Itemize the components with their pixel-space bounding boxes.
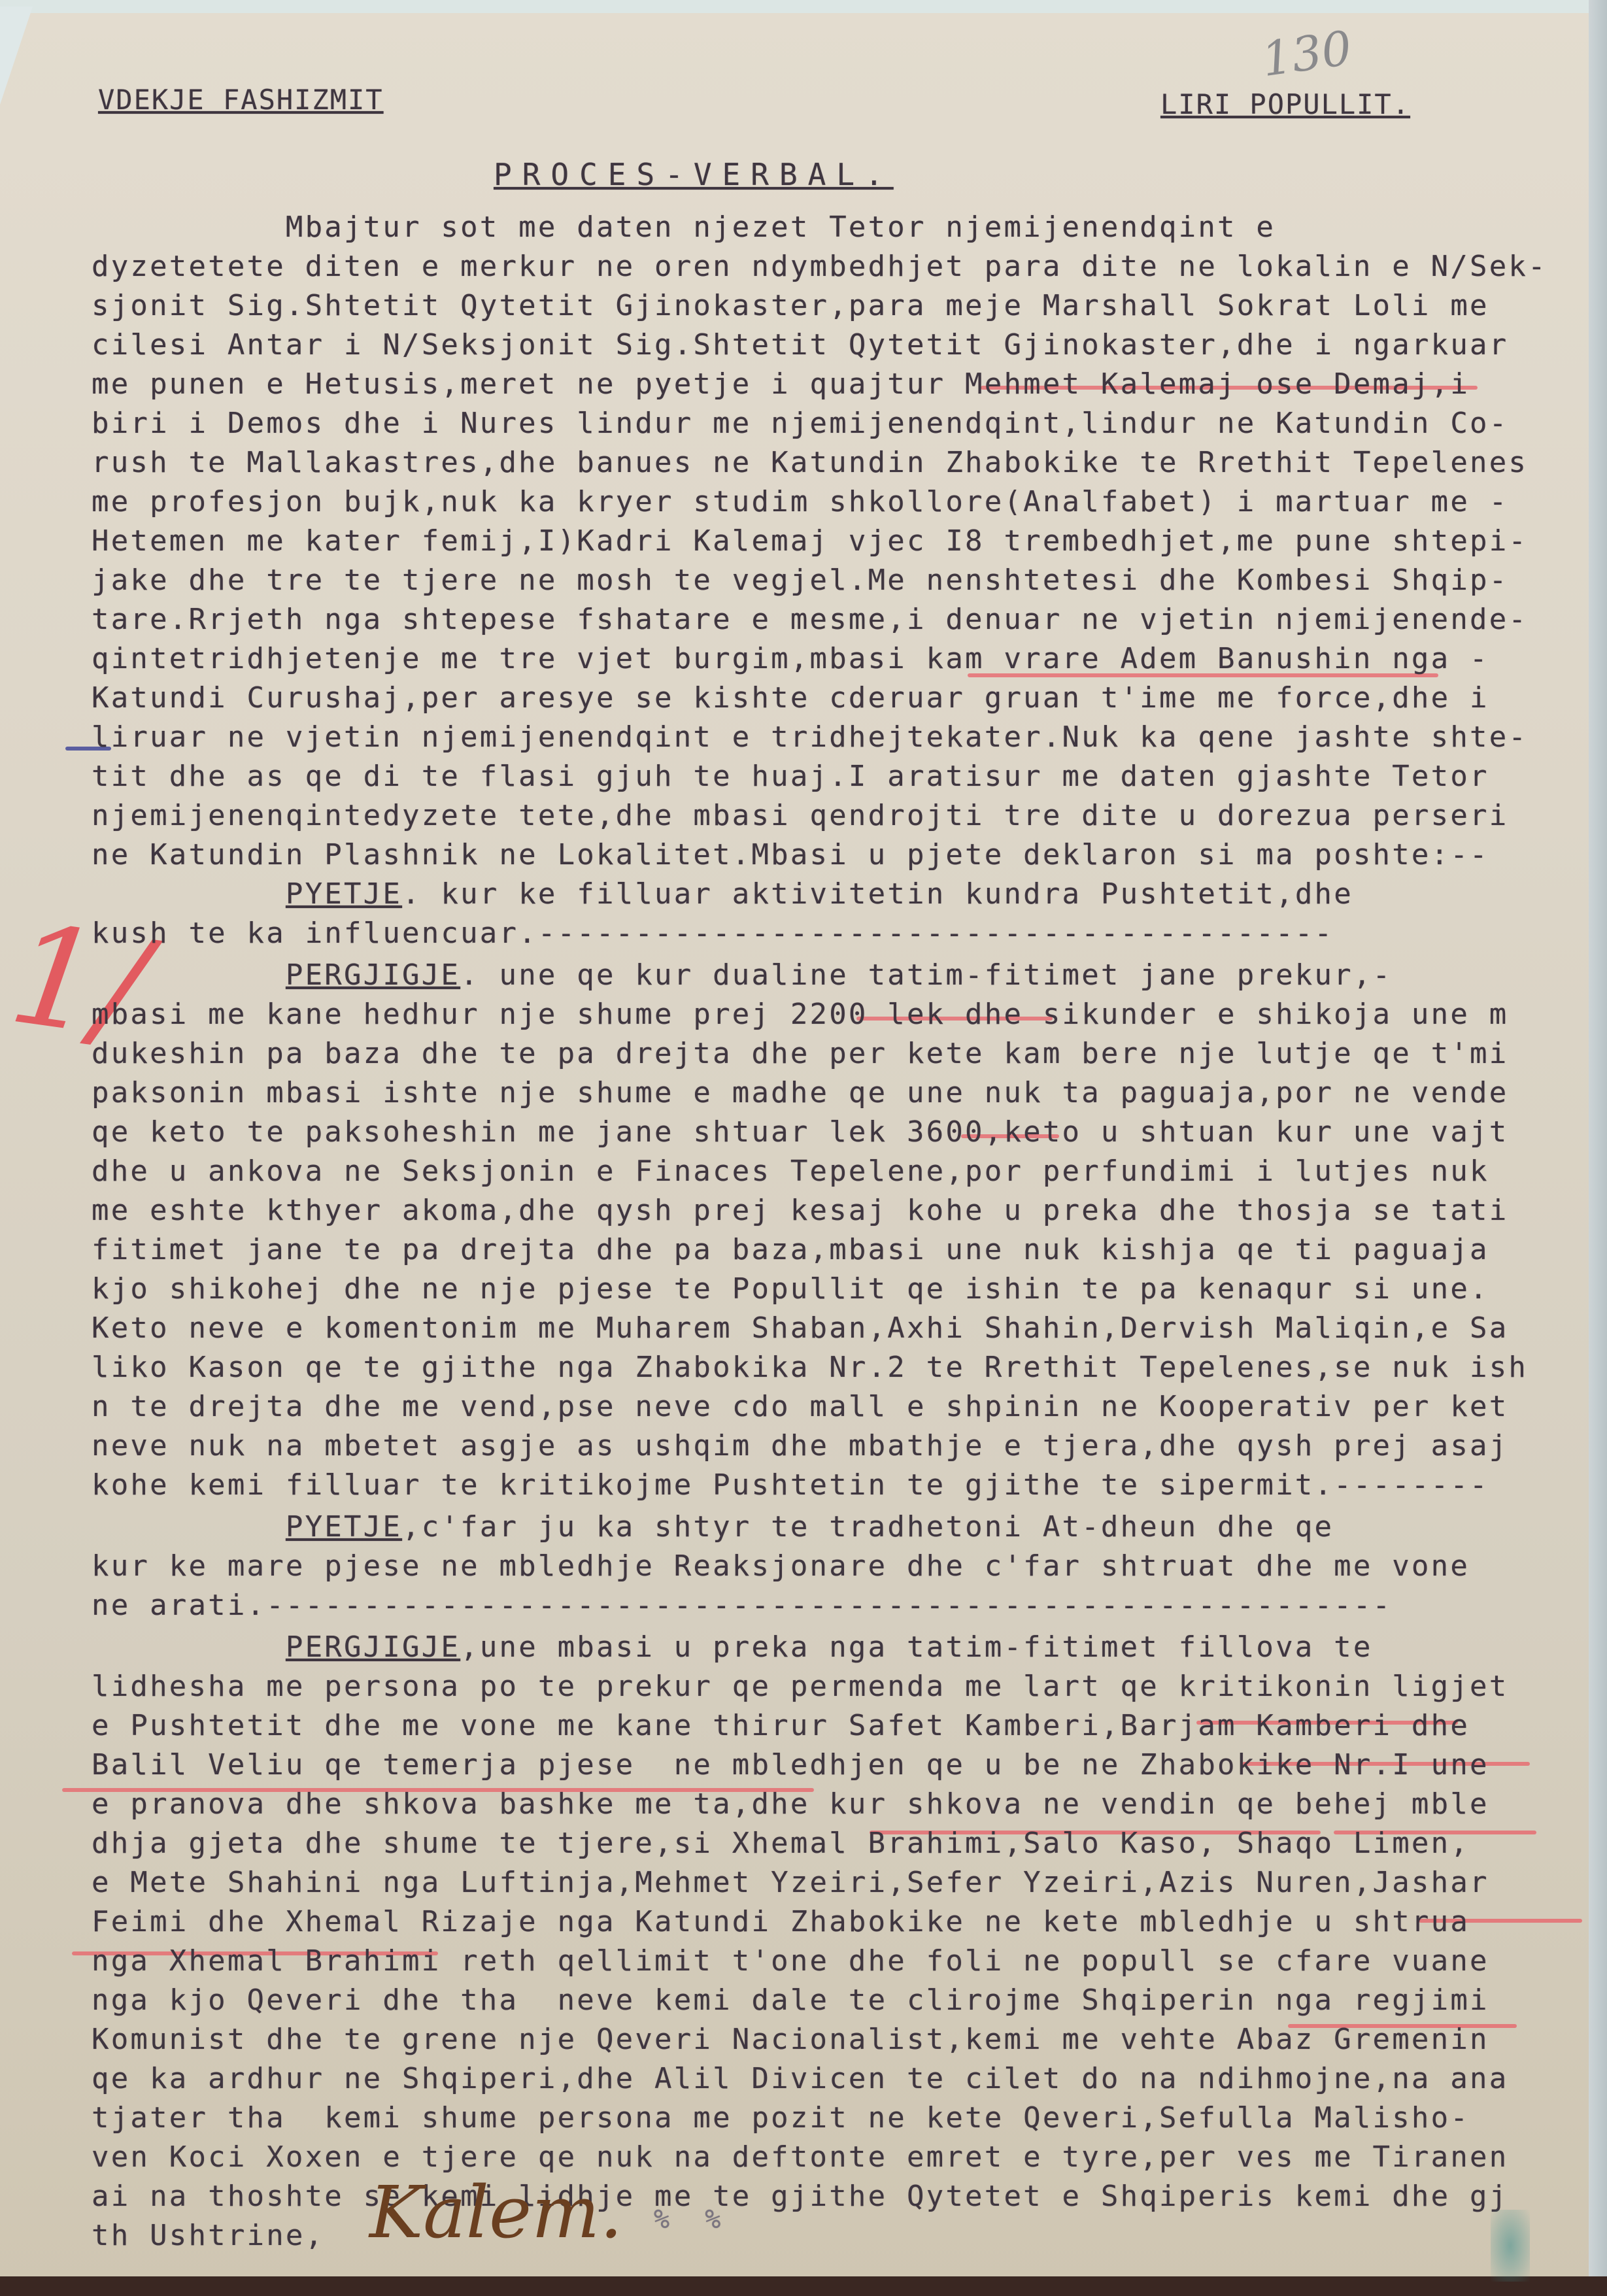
text-line: Keto neve e komentonim me Muharem Shaban…	[92, 1309, 1595, 1348]
answer-label: PERGJIGJE	[286, 958, 460, 992]
text-line: kush te ka influencuar.-----------------…	[92, 914, 1595, 953]
text-line: cilesi Antar i N/Seksjonit Sig.Shtetit Q…	[92, 326, 1595, 365]
text-line: ne arati.-------------------------------…	[92, 1586, 1595, 1625]
text-line: lidhesha me persona po te prekur qe perm…	[92, 1667, 1595, 1706]
text-line: kjo shikohej dhe ne nje pjese te Populli…	[92, 1270, 1595, 1309]
text-line: qintetridhjetenje me tre vjet burgim,mba…	[92, 639, 1595, 679]
text-line: liko Kason qe te gjithe nga Zhabokika Nr…	[92, 1348, 1595, 1387]
text-line: Mbajtur sot me daten njezet Tetor njemij…	[92, 208, 1595, 247]
text-line: dyzetetete diten e merkur ne oren ndymbe…	[92, 247, 1595, 286]
text-line: e Mete Shahini nga Luftinja,Mehmet Yzeir…	[92, 1863, 1595, 1902]
text-line: Katundi Curushaj,per aresye se kishte cd…	[92, 679, 1595, 718]
text-line: ai na thoshte se kemi lidhje me te gjith…	[92, 2177, 1595, 2216]
trailing-marks: % %	[654, 2204, 722, 2235]
folded-corner	[0, 7, 33, 105]
text-line: mbasi me kane hedhur nje shume prej 2200…	[92, 995, 1595, 1034]
text-line: neve nuk na mbetet asgje as ushqim dhe m…	[92, 1427, 1595, 1466]
text-line: Balil Veliu qe temerja pjese ne mbledhje…	[92, 1746, 1595, 1785]
handwritten-signature: Kalem.	[369, 2170, 622, 2254]
scan-background-top	[0, 0, 1607, 13]
ink-stain	[1491, 2210, 1530, 2282]
text-line: e Pushtetit dhe me vone me kane thirur S…	[92, 1706, 1595, 1746]
header-slogan-left: VDEKJE FASHIZMIT	[98, 84, 384, 116]
text-line: e pranova dhe shkova bashke me ta,dhe ku…	[92, 1785, 1595, 1824]
question-1-line: PYETJE. kur ke filluar aktivitetin kundr…	[92, 875, 1595, 914]
document-title: PROCES-VERBAL.	[494, 157, 894, 192]
text-line: paksonin mbasi ishte nje shume e madhe q…	[92, 1073, 1595, 1113]
text-line: n te drejta dhe me vend,pse neve cdo mal…	[92, 1387, 1595, 1427]
text-line: dukeshin pa baza dhe te pa drejta dhe pe…	[92, 1034, 1595, 1073]
text-line: fitimet jane te pa drejta dhe pa baza,mb…	[92, 1230, 1595, 1270]
text-line: biri i Demos dhe i Nures lindur me njemi…	[92, 404, 1595, 443]
text-line: qe keto te paksoheshin me jane shtuar le…	[92, 1113, 1595, 1152]
text-line: Komunist dhe te grene nje Qeveri Naciona…	[92, 2020, 1595, 2059]
answer-2-line: PERGJIGJE,une mbasi u preka nga tatim-fi…	[92, 1628, 1595, 1667]
question-2-line: PYETJE,c'far ju ka shtyr te tradhetoni A…	[92, 1508, 1595, 1547]
text-line: me eshte kthyer akoma,dhe qysh prej kesa…	[92, 1191, 1595, 1230]
answer-label: PERGJIGJE	[286, 1630, 460, 1664]
question-label: PYETJE	[286, 1510, 402, 1544]
text-line: liruar ne vjetin njemijenendqint e tridh…	[92, 718, 1595, 757]
text-line: ne Katundin Plashnik ne Lokalitet.Mbasi …	[92, 836, 1595, 875]
question-label: PYETJE	[286, 877, 402, 911]
text-line: tare.Rrjeth nga shtepese fshatare e mesm…	[92, 600, 1595, 639]
text-line: jake dhe tre te tjere ne mosh te vegjel.…	[92, 561, 1595, 600]
text-line: njemijenenqintedyzete tete,dhe mbasi qen…	[92, 796, 1595, 836]
handwritten-page-number: 130	[1259, 20, 1355, 87]
document-body: Mbajtur sot me daten njezet Tetor njemij…	[92, 208, 1595, 2255]
text-line: nga kjo Qeveri dhe tha neve kemi dale te…	[92, 1981, 1595, 2020]
text-line: kohe kemi filluar te kritikojme Pushteti…	[92, 1466, 1595, 1505]
text-line: nga Xhemal Brahimi reth qellimit t'one d…	[92, 1942, 1595, 1981]
text-line: Feimi dhe Xhemal Rizaje nga Katundi Zhab…	[92, 1902, 1595, 1942]
text-line: ven Koci Xoxen e tjere qe nuk na deftont…	[92, 2138, 1595, 2177]
scan-background-bottom	[0, 2276, 1607, 2296]
text-line: tjater tha kemi shume persona me pozit n…	[92, 2099, 1595, 2138]
text-line: tit dhe as qe di te flasi gjuh te huaj.I…	[92, 757, 1595, 796]
text-line: dhja gjeta dhe shume te tjere,si Xhemal …	[92, 1824, 1595, 1863]
answer-1-line: PERGJIGJE. une qe kur dualine tatim-fiti…	[92, 956, 1595, 995]
text-line: sjonit Sig.Shtetit Qytetit Gjinokaster,p…	[92, 286, 1595, 326]
text-line: Hetemen me kater femij,I)Kadri Kalemaj v…	[92, 522, 1595, 561]
text-line: th Ushtrine,	[92, 2216, 1595, 2255]
header-slogan-right: LIRI POPULLIT.	[1160, 88, 1410, 120]
text-line: me punen e Hetusis,meret ne pyetje i qua…	[92, 365, 1595, 404]
text-line: rush te Mallakastres,dhe banues ne Katun…	[92, 443, 1595, 482]
text-line: me profesjon bujk,nuk ka kryer studim sh…	[92, 482, 1595, 522]
text-line: kur ke mare pjese ne mbledhje Reaksjonar…	[92, 1547, 1595, 1586]
text-line: dhe u ankova ne Seksjonin e Finaces Tepe…	[92, 1152, 1595, 1191]
text-line: qe ka ardhur ne Shqiperi,dhe Alil Divice…	[92, 2059, 1595, 2099]
document-page: VDEKJE FASHIZMIT LIRI POPULLIT. 130 PROC…	[0, 0, 1607, 2296]
